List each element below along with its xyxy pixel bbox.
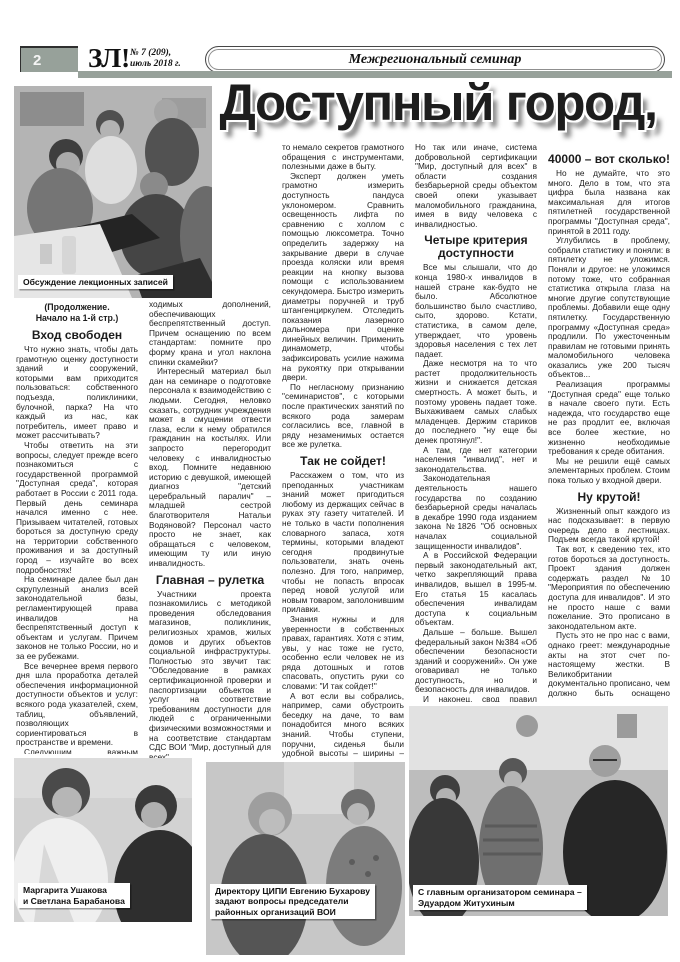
paragraph: Дальше – больше. Вышел федеральный закон…: [415, 628, 537, 695]
section-heading: Четыре критерия доступности: [415, 234, 537, 260]
paragraph: А там, где нет категории населения "инва…: [415, 446, 537, 475]
article-headline: Доступный город,: [202, 74, 674, 132]
issue-info: № 7 (209), июль 2018 г.: [130, 48, 181, 70]
paragraph: Даже несмотря на то что растет продолжит…: [415, 359, 537, 445]
paragraph: Участники проекта познакомились с методи…: [149, 590, 271, 758]
rubric-label: Межрегиональный семинар: [349, 52, 522, 68]
photo-ushakova-barabanova: Маргарита Ушакова и Светлана Барабанова: [14, 758, 192, 922]
paragraph: то немало секретов грамотного обращения …: [282, 143, 404, 172]
paragraph: Но так или иначе, система добровольной с…: [415, 143, 537, 229]
newspaper-page: 2 ЗЛ! № 7 (209), июль 2018 г. Межрегиона…: [0, 0, 680, 962]
photo-lecture-discussion-image: [14, 86, 212, 298]
paragraph: Все вечернее время первого дня шла прора…: [16, 662, 138, 748]
paragraph: Жизненный опыт каждого из нас подсказыва…: [548, 507, 670, 545]
section-heading: Ну крутой!: [548, 491, 670, 504]
paragraph: Но не думайте, что это много. Дело в том…: [548, 169, 670, 236]
photo-bukharov-questions: Директору ЦИПИ Евгению Бухарову задают в…: [206, 762, 405, 955]
photo-lecture-discussion: Обсуждение лекционных записей: [14, 86, 212, 298]
photo-caption: Маргарита Ушакова и Светлана Барабанова: [18, 883, 130, 908]
text-column-5: 40000 – вот сколько!Но не думайте, что э…: [548, 148, 670, 698]
paragraph: И наконец, свод правил №136 к понятиям "…: [415, 695, 537, 702]
section-heading: 40000 – вот сколько!: [548, 153, 670, 166]
paragraph: А в Российской Федерации первый законода…: [415, 551, 537, 628]
paragraph: По негласному признанию "семинаристов", …: [282, 383, 404, 450]
photo-caption: Обсуждение лекционных записей: [18, 275, 173, 290]
paragraph: Все мы слышали, что до конца 1980-х инва…: [415, 263, 537, 359]
section-heading: Вход свободен: [16, 329, 138, 342]
paragraph: Реализация программы "Доступная среда" е…: [548, 380, 670, 457]
text-column-4: Но так или иначе, система добровольной с…: [415, 143, 537, 702]
paragraph: Знания нужны и для уверенности в собстве…: [282, 615, 404, 692]
paragraph: Углубились в проблему, собрали статистик…: [548, 236, 670, 380]
paragraph: Интересный материал был дан на семинаре …: [149, 367, 271, 568]
photo-zhitukhin-organizer: С главным организатором семинара – Эдуар…: [409, 706, 668, 916]
section-heading: Так не сойдет!: [282, 455, 404, 468]
continuation-note: (Продолжение. Начало на 1-й стр.): [16, 302, 138, 324]
photo-bukharov-questions-image: [206, 762, 405, 955]
newspaper-logo: ЗЛ!: [88, 44, 130, 72]
page-number-box: 2: [20, 46, 78, 72]
paragraph: Что нужно знать, чтобы дать грамотную оц…: [16, 345, 138, 441]
text-column-1: (Продолжение. Начало на 1-й стр.)Вход св…: [16, 302, 138, 754]
paragraph: Расскажем о том, что из преподанных учас…: [282, 471, 404, 615]
text-column-2: ходимых дополнений, обеспечивающих беспр…: [149, 300, 271, 758]
paragraph: Эксперт должен уметь грамотно измерить д…: [282, 172, 404, 383]
photo-caption: Директору ЦИПИ Евгению Бухарову задают в…: [210, 884, 375, 920]
paragraph: Мы не решили ещё самых элементарных проб…: [548, 457, 670, 486]
paragraph: Следующим важным разделом курса стала оп…: [16, 748, 138, 754]
paragraph: Так вот, к сведению тех, кто готов борот…: [548, 545, 670, 631]
paragraph: Законодательная деятельность нашего госу…: [415, 474, 537, 551]
page-number: 2: [33, 52, 41, 69]
text-column-3: то немало секретов грамотного обращения …: [282, 143, 404, 758]
rubric-banner: Межрегиональный семинар: [205, 46, 665, 73]
paragraph: Пусть это не про нас с вами, однако грее…: [548, 631, 670, 698]
paragraph: Чтобы ответить на эти вопросы, следует п…: [16, 441, 138, 575]
paragraph: ходимых дополнений, обеспечивающих беспр…: [149, 300, 271, 367]
paragraph: На семинаре далее был дан скрупулезный а…: [16, 575, 138, 661]
paragraph: А вот если вы собрались, например, сами …: [282, 692, 404, 758]
photo-caption: С главным организатором семинара – Эдуар…: [413, 885, 587, 910]
section-heading: Главная – рулетка: [149, 574, 271, 587]
